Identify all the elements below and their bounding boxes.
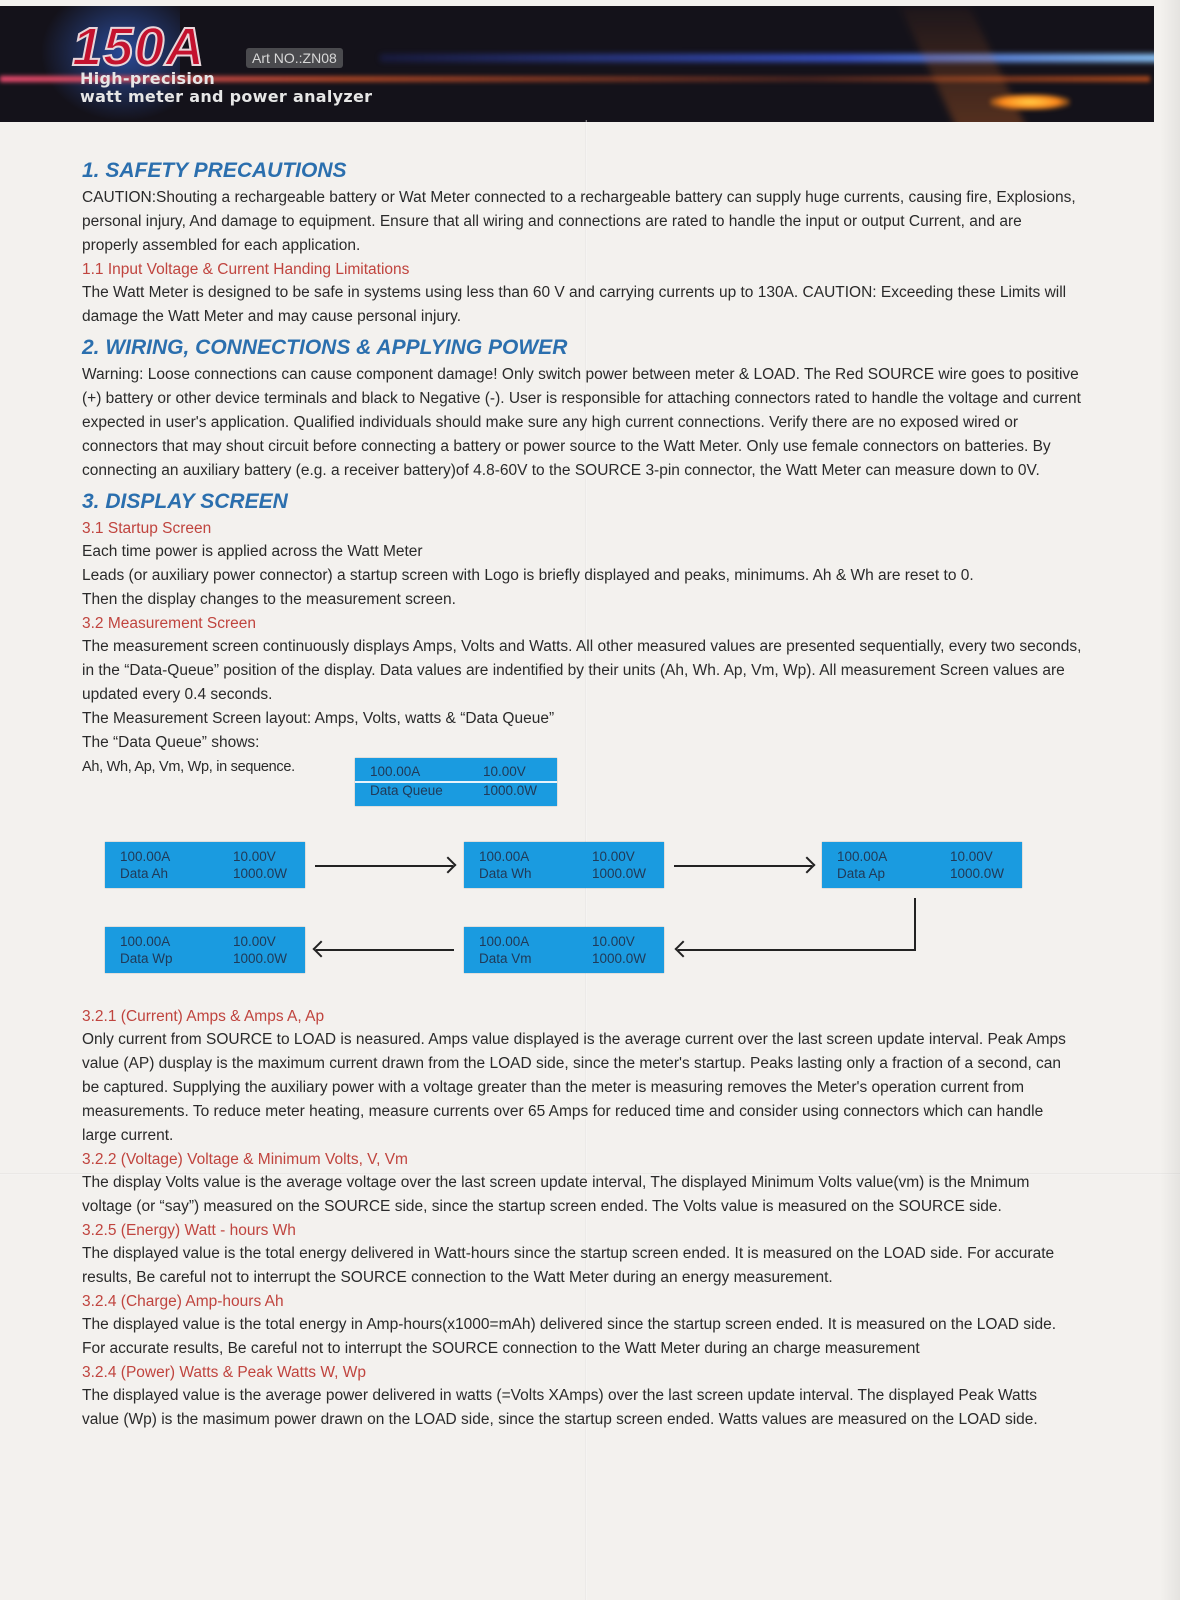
paragraph: The displayed value is the average power… [82, 1384, 1072, 1432]
lcd-data-label: Data Ah [120, 866, 168, 881]
lcd-watts: 1000.0W [483, 783, 537, 798]
paragraph: Leads (or auxiliary power connector) a s… [82, 564, 1082, 588]
subsection-title: 3.2.1 (Current) Amps & Amps A, Ap [82, 1005, 1072, 1028]
subsection-title: 1.1 Input Voltage & Current Handing Limi… [82, 258, 1082, 281]
lcd-screen-wh: 100.00A 10.00V Data Wh 1000.0W [464, 842, 664, 888]
lcd-amps: 100.00A [120, 849, 170, 864]
section-title: 2. WIRING, CONNECTIONS & APPLYING POWER [82, 335, 1082, 361]
arrow-left-icon [678, 949, 916, 951]
lcd-watts: 1000.0W [592, 951, 646, 966]
subsection-title: 3.2.5 (Energy) Watt - hours Wh [82, 1219, 1072, 1242]
lcd-data-label: Data Wh [479, 866, 532, 881]
product-banner: 150A Art NO.:ZN08 High-precision watt me… [0, 6, 1154, 122]
tagline-line-1: High-precision [80, 70, 372, 88]
lcd-watts: 1000.0W [592, 866, 646, 881]
lcd-volts: 10.00V [233, 934, 276, 949]
subsection-title: 3.2.4 (Charge) Amp-hours Ah [82, 1290, 1072, 1313]
paragraph: Warning: Loose connections can cause com… [82, 363, 1082, 483]
lcd-data-label: Data Wp [120, 951, 173, 966]
arrow-left-icon [316, 949, 454, 951]
manual-content: 1. SAFETY PRECAUTIONS CAUTION:Shouting a… [82, 152, 1082, 779]
lcd-volts: 10.00V [483, 764, 526, 779]
paragraph: The Measurement Screen layout: Amps, Vol… [82, 707, 1082, 731]
section-safety: 1. SAFETY PRECAUTIONS CAUTION:Shouting a… [82, 158, 1082, 329]
lcd-data-label: Data Queue [370, 783, 443, 798]
lcd-amps: 100.00A [370, 764, 420, 779]
subsection-title: 3.2 Measurement Screen [82, 612, 1082, 635]
subsection-title: 3.2.2 (Voltage) Voltage & Minimum Volts,… [82, 1148, 1072, 1171]
lcd-screen-vm: 100.00A 10.00V Data Vm 1000.0W [464, 927, 664, 973]
model-logo: 150A [72, 20, 205, 74]
lcd-screen-ap: 100.00A 10.00V Data Ap 1000.0W [822, 842, 1022, 888]
paragraph: Then the display changes to the measurem… [82, 588, 1082, 612]
lcd-watts: 1000.0W [950, 866, 1004, 881]
paragraph: Each time power is applied across the Wa… [82, 540, 1082, 564]
lcd-amps: 100.00A [479, 849, 529, 864]
paragraph: The display Volts value is the average v… [82, 1171, 1072, 1219]
lcd-volts: 10.00V [592, 934, 635, 949]
lcd-amps: 100.00A [479, 934, 529, 949]
paragraph: CAUTION:Shouting a rechargeable battery … [82, 186, 1082, 258]
lcd-screen-main: 100.00A 10.00V Data Queue 1000.0W [355, 758, 557, 806]
banner-light-streak-blue [380, 54, 1154, 62]
paragraph: The “Data Queue” shows: [82, 731, 1082, 755]
section-title: 3. DISPLAY SCREEN [82, 489, 1082, 515]
tagline-line-2: watt meter and power analyzer [80, 88, 372, 106]
article-number: Art NO.:ZN08 [246, 48, 343, 68]
paragraph: The displayed value is the total energy … [82, 1242, 1072, 1290]
lcd-watts: 1000.0W [233, 951, 287, 966]
lcd-watts: 1000.0W [233, 866, 287, 881]
lcd-volts: 10.00V [592, 849, 635, 864]
paragraph: The Watt Meter is designed to be safe in… [82, 281, 1082, 329]
lcd-amps: 100.00A [120, 934, 170, 949]
paragraph: Only current from SOURCE to LOAD is neas… [82, 1028, 1072, 1148]
lcd-screen-ah: 100.00A 10.00V Data Ah 1000.0W [105, 842, 305, 888]
lcd-data-label: Data Ap [837, 866, 885, 881]
section-title: 1. SAFETY PRECAUTIONS [82, 158, 1082, 184]
lcd-data-label: Data Vm [479, 951, 532, 966]
subsection-title: 3.2.4 (Power) Watts & Peak Watts W, Wp [82, 1361, 1072, 1384]
arrow-right-icon [315, 865, 453, 867]
banner-lens-flare [990, 94, 1070, 110]
lcd-screen-wp: 100.00A 10.00V Data Wp 1000.0W [105, 927, 305, 973]
paragraph: Ah, Wh, Ap, Vm, Wp, in sequence. [82, 755, 1082, 779]
section-display: 3. DISPLAY SCREEN 3.1 Startup Screen Eac… [82, 489, 1082, 779]
page-shadow [1160, 0, 1180, 1600]
tagline: High-precision watt meter and power anal… [80, 70, 372, 106]
lcd-volts: 10.00V [950, 849, 993, 864]
lcd-amps: 100.00A [837, 849, 887, 864]
paragraph: The measurement screen continuously disp… [82, 635, 1082, 707]
connector-line [914, 898, 916, 950]
measurement-details: 3.2.1 (Current) Amps & Amps A, Ap Only c… [82, 1005, 1072, 1432]
lcd-volts: 10.00V [233, 849, 276, 864]
arrow-right-icon [674, 865, 812, 867]
subsection-title: 3.1 Startup Screen [82, 517, 1082, 540]
section-wiring: 2. WIRING, CONNECTIONS & APPLYING POWER … [82, 335, 1082, 483]
paragraph: The displayed value is the total energy … [82, 1313, 1072, 1361]
